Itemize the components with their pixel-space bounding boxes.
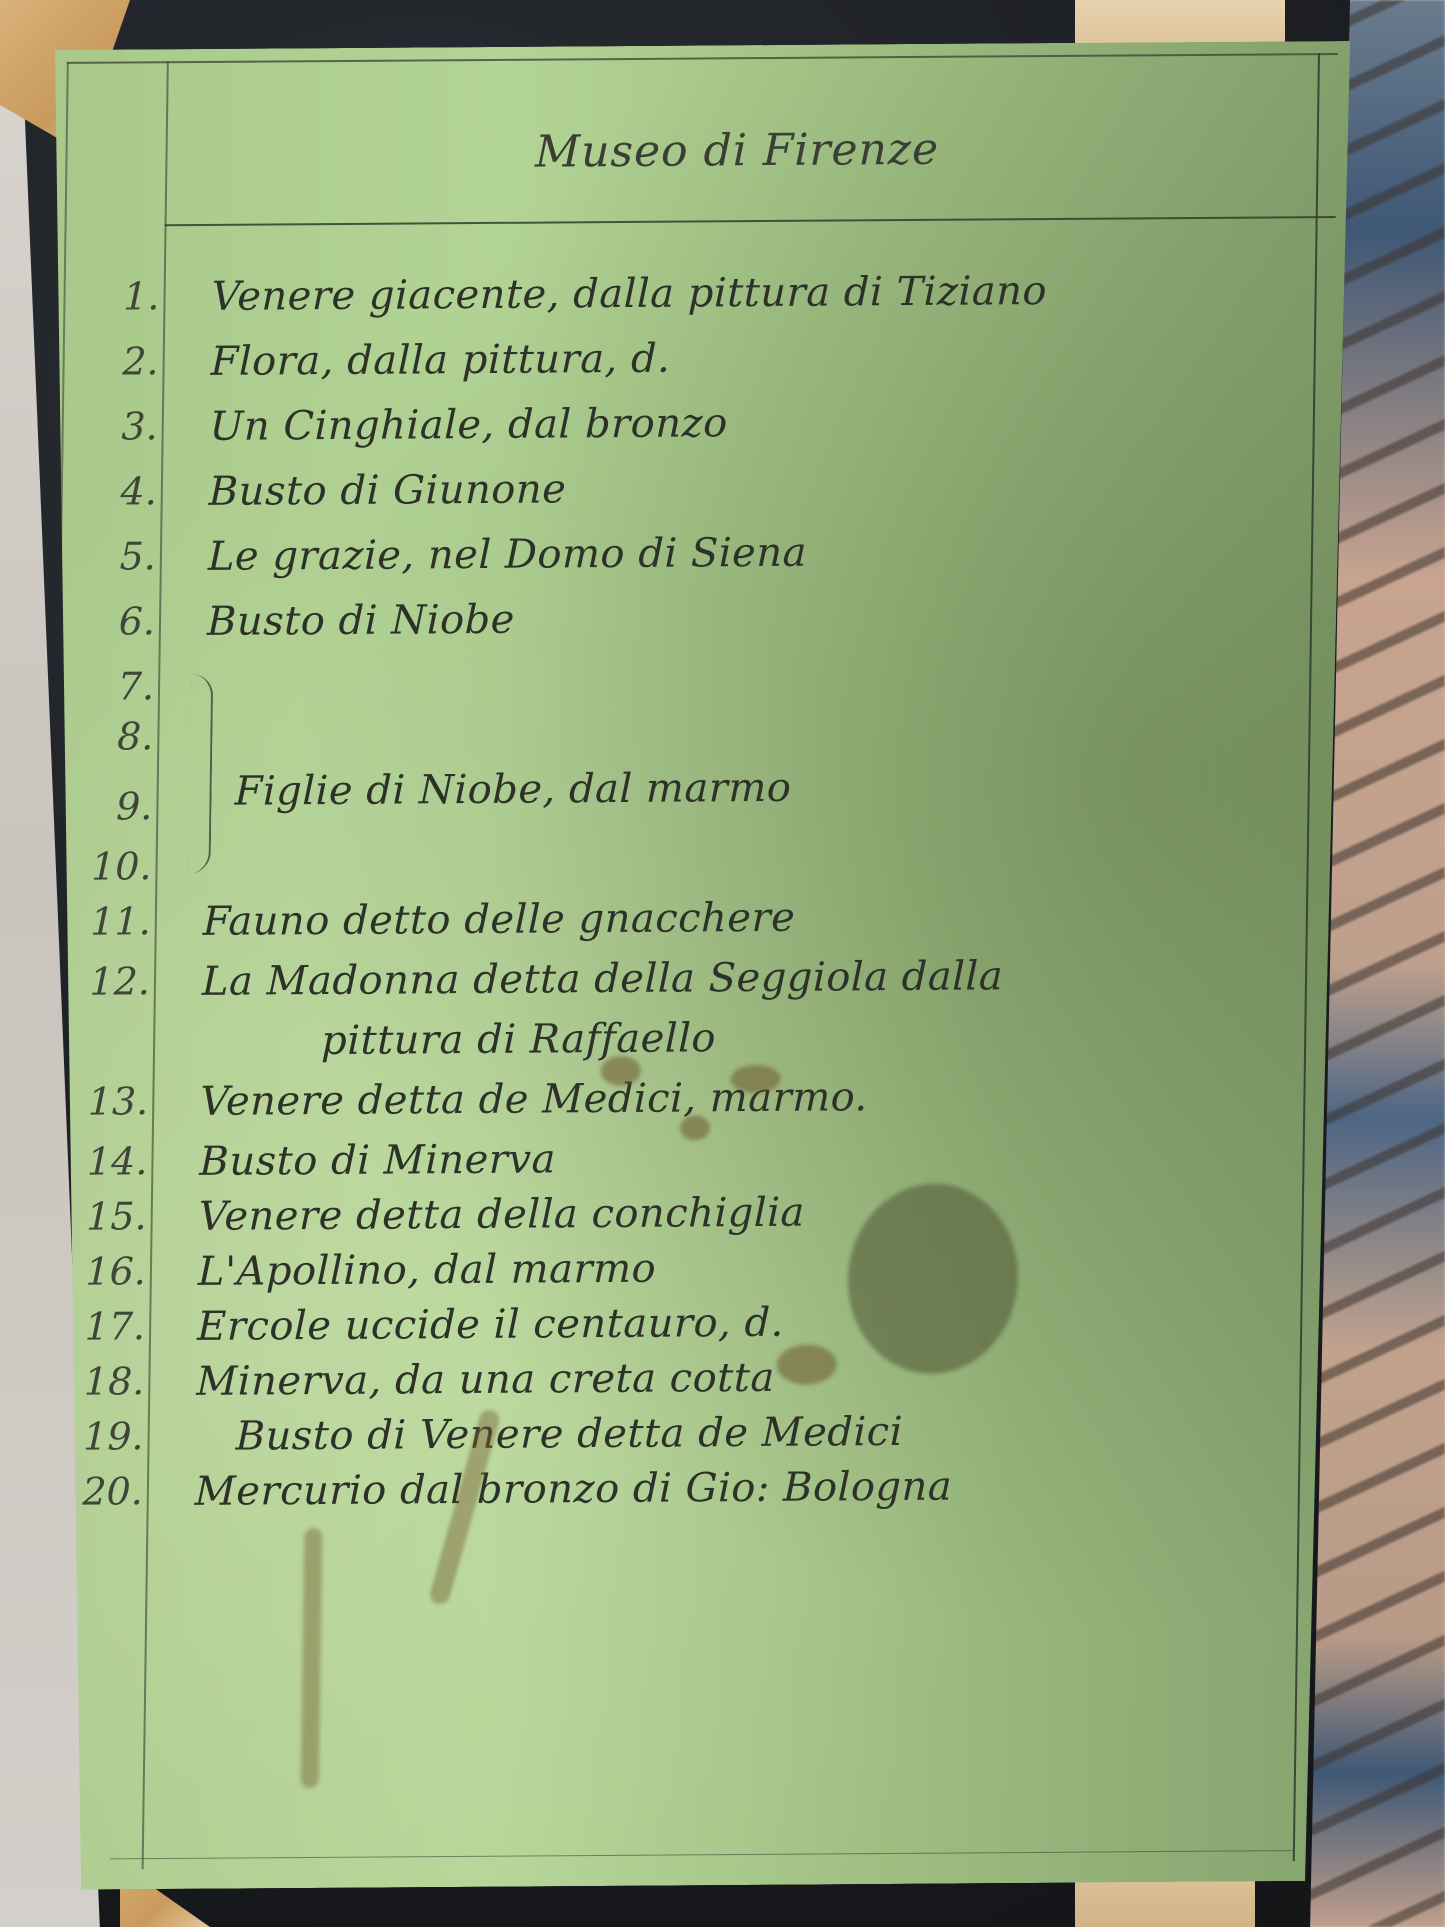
entry-number: 1.: [91, 274, 160, 318]
list-item: 9.: [44, 776, 1300, 845]
list-item: 6. Busto di Niobe: [46, 591, 1302, 660]
entry-number: 17.: [77, 1304, 146, 1348]
entry-number: 7.: [86, 664, 155, 708]
list-item: 13. Venere detta de Medici, marmo.: [40, 1071, 1296, 1140]
entry-number: 20.: [75, 1469, 144, 1513]
entry-number: 15.: [78, 1194, 147, 1238]
entry-text: Busto di Minerva: [199, 1136, 556, 1184]
entry-number: 10.: [83, 844, 152, 888]
entry-number: 12.: [82, 959, 151, 1003]
list-item: 11. Fauno detto delle gnacchere: [42, 891, 1298, 960]
entry-text: Busto di Giunone: [209, 466, 567, 514]
entry-number: 18.: [76, 1359, 145, 1403]
entry-text: Venere detta della conchiglia: [198, 1190, 805, 1240]
list-item: 1. Venere giacente, dalla pittura di Tiz…: [51, 266, 1307, 335]
entry-text: Busto di Venere detta de Medici: [235, 1409, 903, 1460]
entry-number: 4.: [89, 469, 158, 513]
stain-streak: [301, 1528, 323, 1788]
list-item: 3. Un Cinghiale, dal bronzo: [49, 396, 1305, 465]
entry-number: 9.: [84, 784, 153, 828]
entry-text: Un Cinghiale, dal bronzo: [209, 400, 728, 450]
list-item: 2. Flora, dalla pittura, d.: [50, 331, 1306, 400]
entry-text: L'Apollino, dal marmo: [198, 1246, 657, 1295]
list-item: 20. Mercurio dal bronzo di Gio: Bologna: [34, 1461, 1290, 1530]
list-item: 5. Le grazie, nel Domo di Siena: [47, 526, 1303, 595]
entry-number: 13.: [80, 1079, 149, 1123]
entry-text: Flora, dalla pittura, d.: [210, 336, 670, 385]
entry-text: Mercurio dal bronzo di Gio: Bologna: [195, 1464, 953, 1515]
list-item-continuation: pittura di Raffaello: [41, 1011, 1297, 1080]
museum-list-card: Museo di Firenze 1. Venere giacente, dal…: [29, 41, 1350, 1890]
entry-text: Minerva, da una creta cotta: [196, 1355, 775, 1405]
entry-number: 8.: [85, 714, 154, 758]
group-bracket: [188, 674, 213, 874]
entry-number: 3.: [89, 404, 158, 448]
entry-list: 1. Venere giacente, dalla pittura di Tiz…: [29, 41, 1350, 1890]
entry-text-continuation: pittura di Raffaello: [321, 1015, 716, 1064]
list-item: 4. Busto di Giunone: [48, 461, 1304, 530]
entry-text: Busto di Niobe: [207, 597, 516, 645]
list-item: 12. La Madonna detta della Seggiola dall…: [41, 951, 1297, 1020]
entry-text: Le grazie, nel Domo di Siena: [208, 530, 808, 580]
entry-text: La Madonna detta della Seggiola dalla: [202, 953, 1004, 1005]
entry-text: Fauno detto delle gnacchere: [203, 895, 796, 945]
entry-number: 16.: [78, 1249, 147, 1293]
entry-text: Ercole uccide il centauro, d.: [197, 1300, 784, 1350]
entry-number: 2.: [90, 339, 159, 383]
entry-number: 6.: [87, 599, 156, 643]
entry-number: 14.: [79, 1139, 148, 1183]
entry-text: Venere giacente, dalla pittura di Tizian…: [211, 268, 1047, 320]
entry-number: 5.: [88, 534, 157, 578]
entry-number: 11.: [83, 899, 152, 943]
entry-number: 19.: [75, 1414, 144, 1458]
